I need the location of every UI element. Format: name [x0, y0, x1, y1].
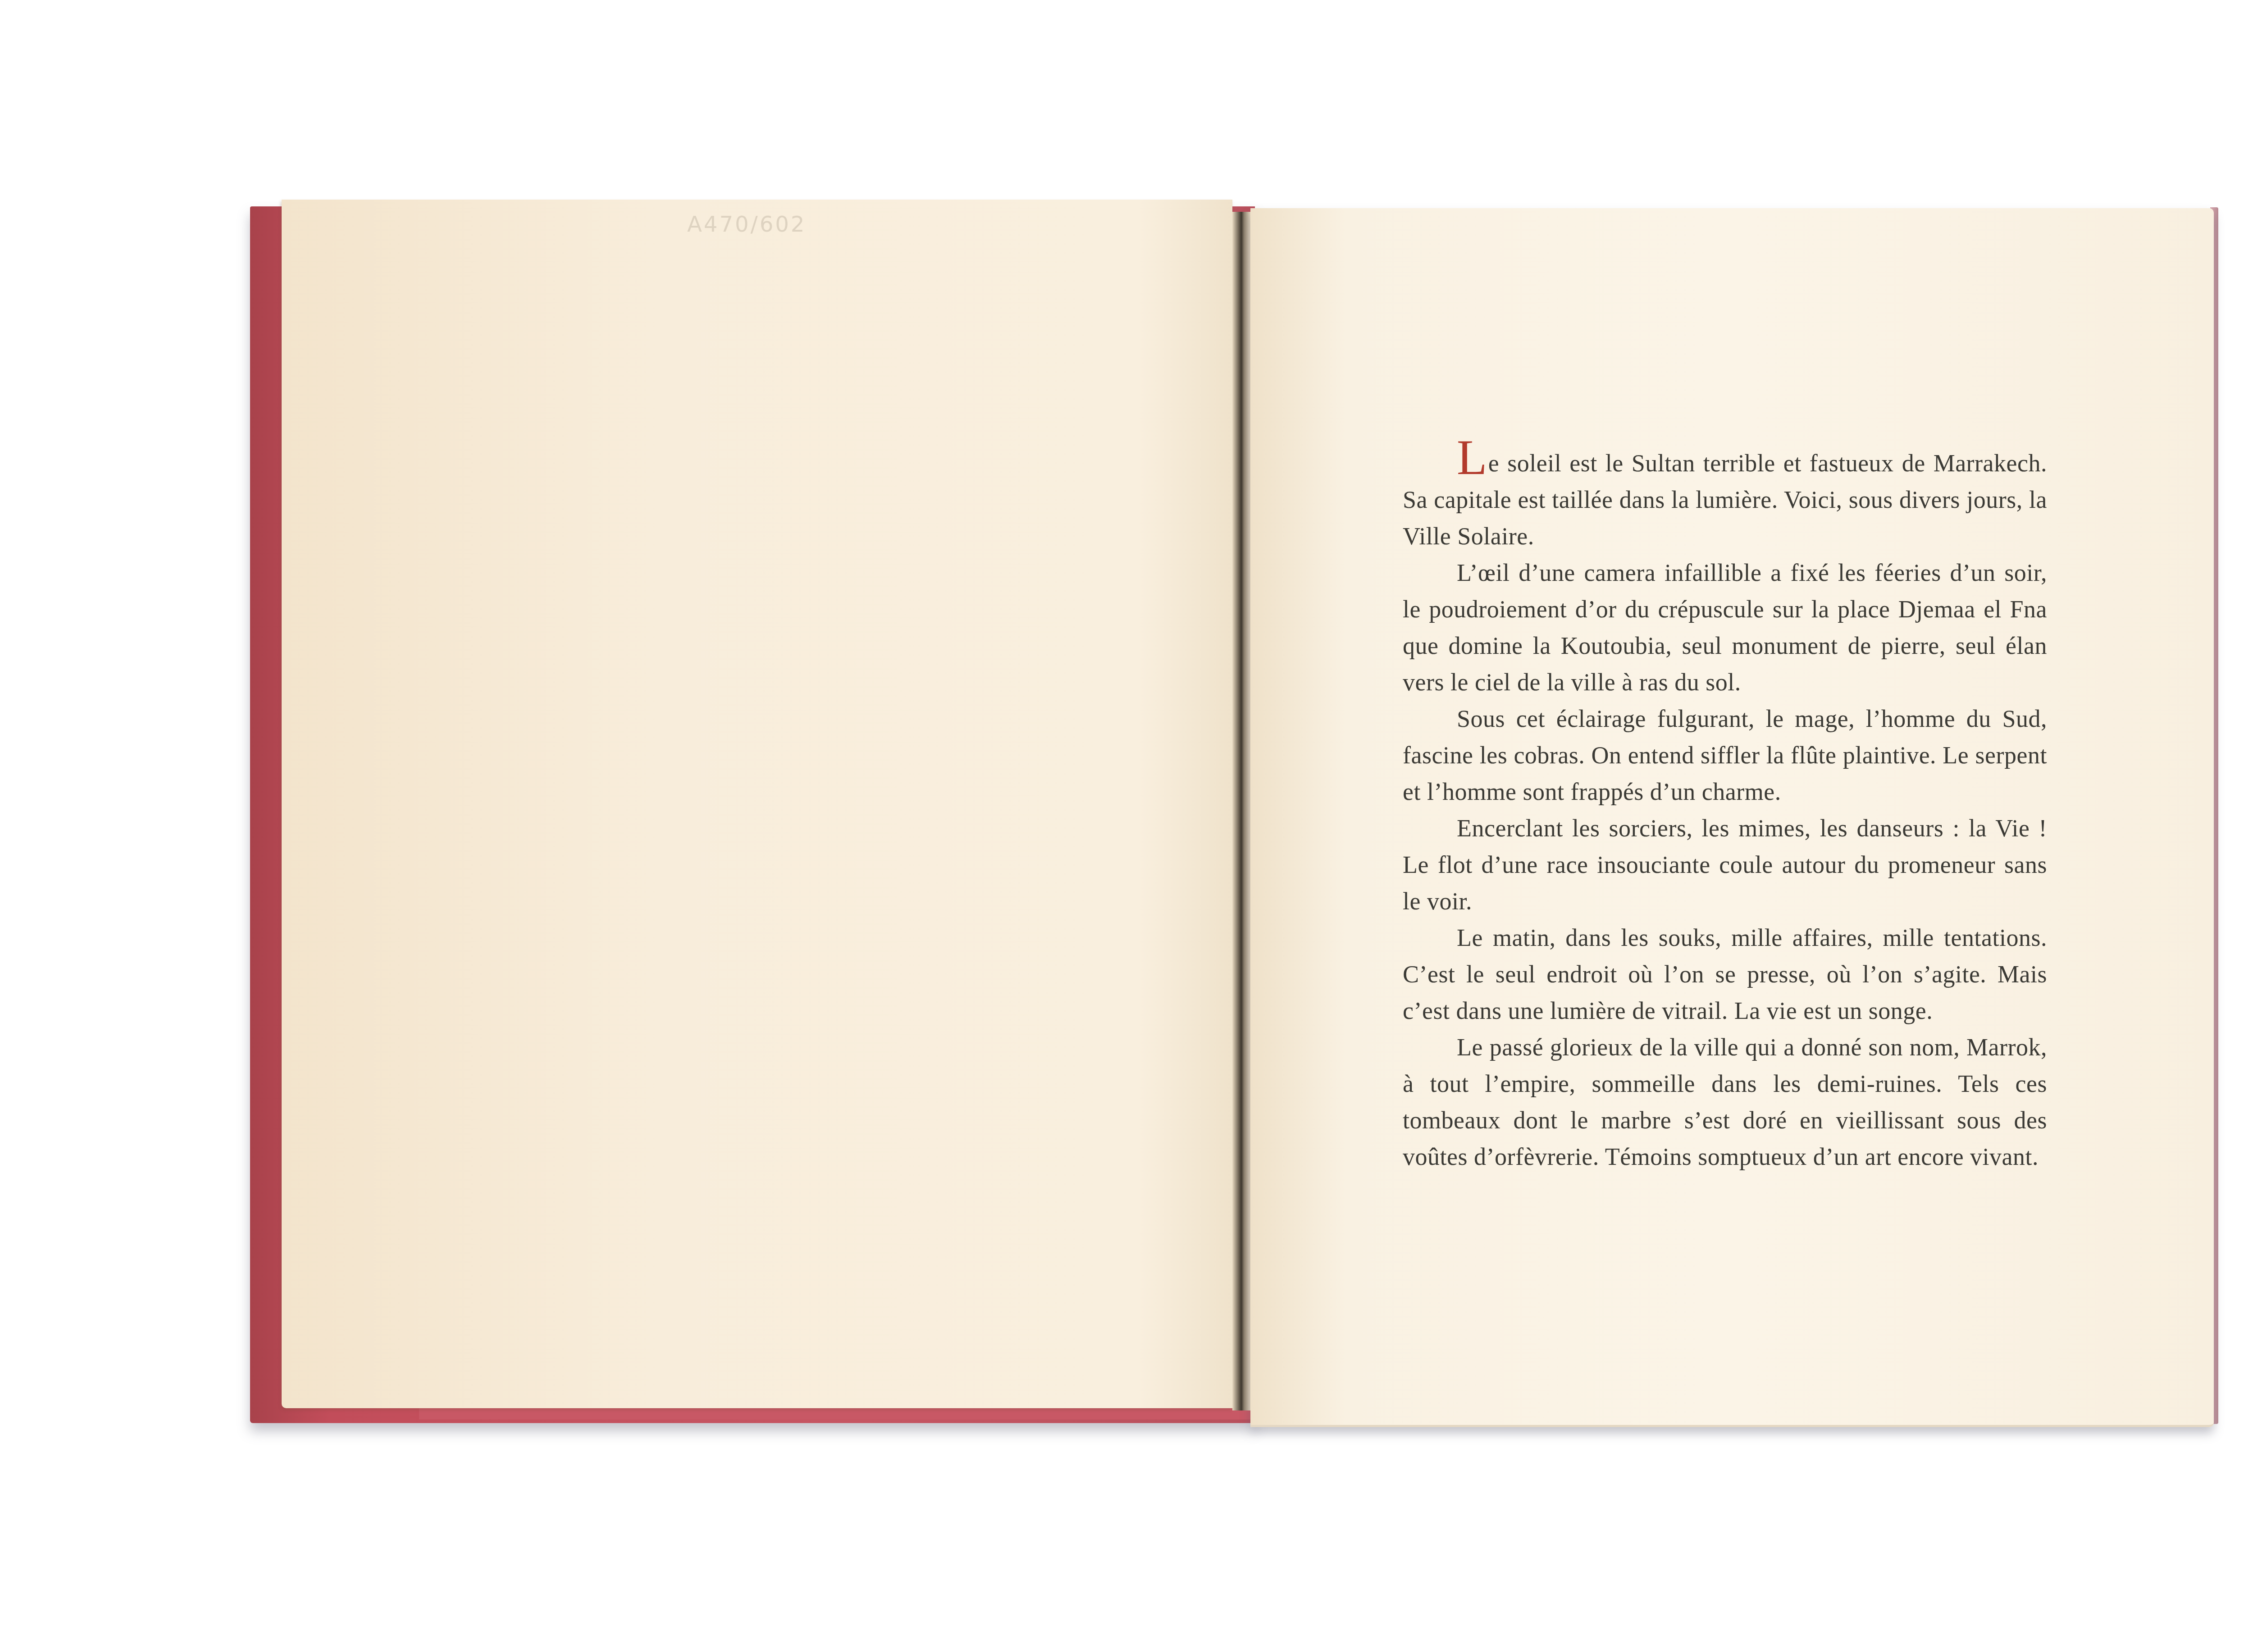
- book-gutter: [1232, 212, 1250, 1410]
- left-page: [282, 200, 1232, 1408]
- drop-cap: L: [1457, 430, 1487, 485]
- paragraph: L’œil d’une camera infaillible a fixé le…: [1403, 555, 2047, 701]
- paragraph-text: e soleil est le Sultan terrible et fastu…: [1403, 450, 2047, 550]
- paragraph: Sous cet éclairage fulgurant, le mage, l…: [1403, 701, 2047, 810]
- paragraph: Encerclant les sorciers, les mimes, les …: [1403, 810, 2047, 920]
- paragraph: Le matin, dans les souks, mille affaires…: [1403, 920, 2047, 1029]
- paragraph: Le soleil est le Sultan terrible et fast…: [1403, 444, 2047, 555]
- paragraph: Le passé glorieux de la ville qui a donn…: [1403, 1029, 2047, 1175]
- pencil-inventory-mark: A470/602: [687, 212, 806, 237]
- body-text: Le soleil est le Sultan terrible et fast…: [1403, 444, 2047, 1175]
